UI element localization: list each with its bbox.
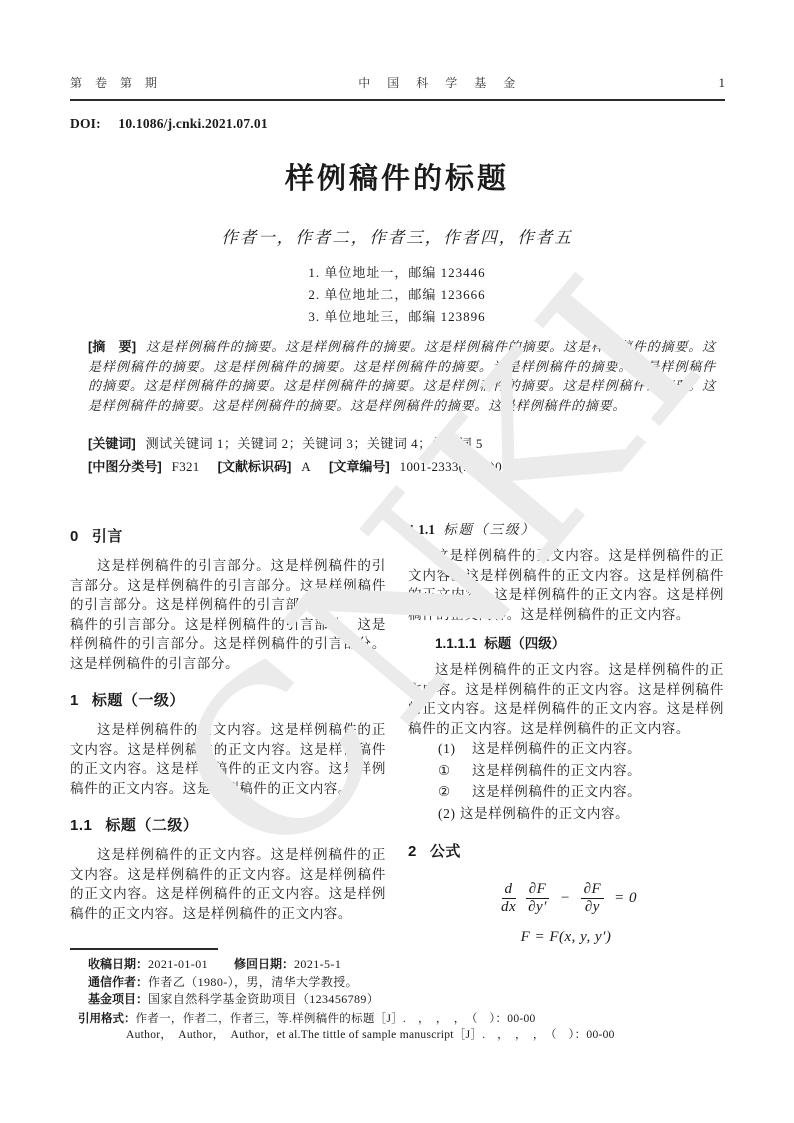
equation-2: F = F(x, y, y′) — [408, 929, 724, 946]
section-heading-intro: 0引言 — [70, 525, 386, 546]
footnote-fund: 基金项目：国家自然科学基金资助项目（123456789） — [88, 991, 724, 1009]
column-left: 0引言 这是样例稿件的引言部分。这是样例稿件的引言部分。这是样例稿件的引言部分。… — [70, 525, 386, 923]
body-paragraph: 这是样例稿件的正文内容。这是样例稿件的正文内容。这是样例稿件的正文内容。这是样例… — [408, 546, 724, 624]
author-list: 作者一，作者二，作者三，作者四，作者五 — [0, 224, 794, 248]
section-title: 公式 — [430, 843, 461, 860]
numerator: ∂F — [526, 881, 550, 899]
footnote-dates: 收稿日期：2021-01-01修回日期：2021-5-1 — [88, 956, 724, 974]
list-text: 这是样例稿件的正文内容。 — [472, 784, 641, 799]
manuscript-page: CNKI 第 卷 第 期 中 国 科 学 基 金 1 DOI: 10.1086/… — [0, 0, 794, 1123]
revised-label: 修回日期： — [234, 957, 294, 971]
footnotes: 收稿日期：2021-01-01修回日期：2021-5-1 通信作者：作者乙（19… — [88, 956, 724, 1009]
citation-chinese: 作者一，作者二，作者三，等.样例稿件的标题［J］. ， ， ， （ ）：00-0… — [136, 1013, 536, 1025]
body-paragraph: 这是样例稿件的正文内容。这是样例稿件的正文内容。这是样例稿件的正文内容。这是样例… — [70, 845, 386, 923]
fraction-dF-dyprime: ∂F ∂y′ — [525, 881, 550, 917]
footnote-corresponding: 通信作者：作者乙（1980-），男，清华大学教授。 — [88, 974, 724, 992]
footnote-rule — [70, 948, 218, 950]
abstract-text: 这是样例稿件的摘要。这是样例稿件的摘要。这是样例稿件的摘要。这是样例稿件的摘要。… — [88, 339, 716, 413]
revised-value: 2021-5-1 — [294, 957, 341, 971]
section-number: 1.1 — [70, 817, 92, 834]
list-text: 这是样例稿件的正文内容。 — [472, 763, 641, 778]
numerator: ∂F — [581, 881, 605, 899]
keywords-label: [关键词] — [88, 436, 136, 451]
doi-value: 10.1086/j.cnki.2021.07.01 — [118, 116, 267, 131]
doi-label: DOI: — [70, 116, 101, 131]
doi-line: DOI: 10.1086/j.cnki.2021.07.01 — [70, 116, 268, 132]
intro-paragraph: 这是样例稿件的引言部分。这是样例稿件的引言部分。这是样例稿件的引言部分。这是样例… — [70, 556, 386, 673]
body-paragraph: 这是样例稿件的正文内容。这是样例稿件的正文内容。这是样例稿件的正文内容。这是样例… — [70, 720, 386, 798]
denominator: dx — [498, 899, 519, 916]
section-heading-1-1-1: 1.1.1标题（三级） — [408, 518, 724, 538]
section-number: 0 — [70, 528, 79, 545]
list-marker: ① — [438, 760, 472, 782]
abstract-block: [摘 要]这是样例稿件的摘要。这是样例稿件的摘要。这是样例稿件的摘要。这是样例稿… — [88, 337, 716, 415]
column-right: 1.1.1标题（三级） 这是样例稿件的正文内容。这是样例稿件的正文内容。这是样例… — [408, 518, 724, 946]
classification-line: [中图分类号]F321[文献标识码]A[文章编号]1001-2333(2021)… — [88, 456, 716, 475]
clc-label: [中图分类号] — [88, 459, 162, 474]
article-id-label: [文章编号] — [329, 459, 390, 474]
fraction-dF-dy: ∂F ∂y — [581, 881, 605, 917]
list-item: ②这是样例稿件的正文内容。 — [408, 781, 724, 803]
citation-line-1: 引用格式：作者一，作者二，作者三，等.样例稿件的标题［J］. ， ， ， （ ）… — [78, 1011, 764, 1027]
abstract-label: [摘 要] — [88, 339, 136, 354]
section-title: 引言 — [92, 528, 123, 545]
list-text: 这是样例稿件的正文内容。 — [472, 741, 641, 756]
section-title: 标题（一级） — [92, 692, 185, 709]
article-title: 样例稿件的标题 — [0, 156, 794, 197]
issue-label: 第 卷 第 期 — [70, 74, 162, 91]
section-number: 1 — [70, 692, 79, 709]
equation-rhs: = 0 — [614, 890, 637, 907]
list-marker: (2) — [438, 803, 460, 825]
list-marker: ② — [438, 781, 472, 803]
section-number: 1.1.1 — [408, 522, 435, 537]
citation-block: 引用格式：作者一，作者二，作者三，等.样例稿件的标题［J］. ， ， ， （ ）… — [78, 1011, 764, 1043]
fund-label: 基金项目： — [88, 992, 148, 1006]
running-head: 第 卷 第 期 中 国 科 学 基 金 1 — [70, 74, 725, 101]
body-paragraph: 这是样例稿件的正文内容。这是样例稿件的正文内容。这是样例稿件的正文内容。这是样例… — [408, 660, 724, 738]
affiliation-inner: 1. 单位地址一，邮编 123446 2. 单位地址二，邮编 123666 3.… — [308, 262, 485, 328]
section-heading-2: 2公式 — [408, 840, 724, 861]
section-heading-1-1: 1.1标题（二级） — [70, 814, 386, 835]
equation-1: d dx ∂F ∂y′ − ∂F ∂y = 0 — [408, 881, 724, 917]
citation-line-2: Author， Author， Author，et al.The tittle … — [78, 1027, 764, 1043]
list-item: ①这是样例稿件的正文内容。 — [408, 760, 724, 782]
doc-code-value: A — [301, 459, 311, 474]
received-label: 收稿日期： — [88, 957, 148, 971]
affiliation-item: 1. 单位地址一，邮编 123446 — [308, 262, 485, 284]
received-value: 2021-01-01 — [148, 957, 208, 971]
doc-code-label: [文献标识码] — [218, 459, 292, 474]
keywords-text: 测试关键词 1；关键词 2；关键词 3；关键词 4；关键词 5 — [146, 436, 483, 451]
keywords-line: [关键词]测试关键词 1；关键词 2；关键词 3；关键词 4；关键词 5 — [88, 433, 716, 452]
numerator: d — [502, 881, 516, 899]
citation-label: 引用格式： — [78, 1013, 136, 1025]
denominator: ∂y — [582, 899, 603, 916]
clc-value: F321 — [172, 459, 200, 474]
section-title: 标题（二级） — [105, 817, 198, 834]
article-id-value: 1001-2333(2021)01-0001-06 — [400, 459, 559, 474]
journal-name: 中 国 科 学 基 金 — [358, 74, 522, 91]
section-title: 标题（四级） — [484, 636, 565, 651]
list-text: 这是样例稿件的正文内容。 — [460, 806, 629, 821]
corresponding-value: 作者乙（1980-），男，清华大学教授。 — [148, 975, 358, 989]
section-number: 1.1.1.1 — [435, 636, 476, 651]
minus-operator: − — [560, 890, 571, 907]
fund-value: 国家自然科学基金资助项目（123456789） — [148, 992, 379, 1006]
section-heading-1: 1标题（一级） — [70, 689, 386, 710]
list-item: (2)这是样例稿件的正文内容。 — [408, 803, 724, 825]
section-heading-1-1-1-1: 1.1.1.1标题（四级） — [408, 632, 724, 652]
affiliation-item: 3. 单位地址三，邮编 123896 — [308, 306, 485, 328]
list-item: (1)这是样例稿件的正文内容。 — [408, 738, 724, 760]
fraction-d-dx: d dx — [498, 881, 519, 917]
section-number: 2 — [408, 843, 417, 860]
affiliation-list: 1. 单位地址一，邮编 123446 2. 单位地址二，邮编 123666 3.… — [0, 262, 794, 328]
corresponding-label: 通信作者： — [88, 975, 148, 989]
affiliation-item: 2. 单位地址二，邮编 123666 — [308, 284, 485, 306]
list-marker: (1) — [438, 738, 472, 760]
denominator: ∂y′ — [525, 899, 550, 916]
section-title: 标题（三级） — [443, 522, 536, 537]
page-number: 1 — [719, 75, 726, 91]
